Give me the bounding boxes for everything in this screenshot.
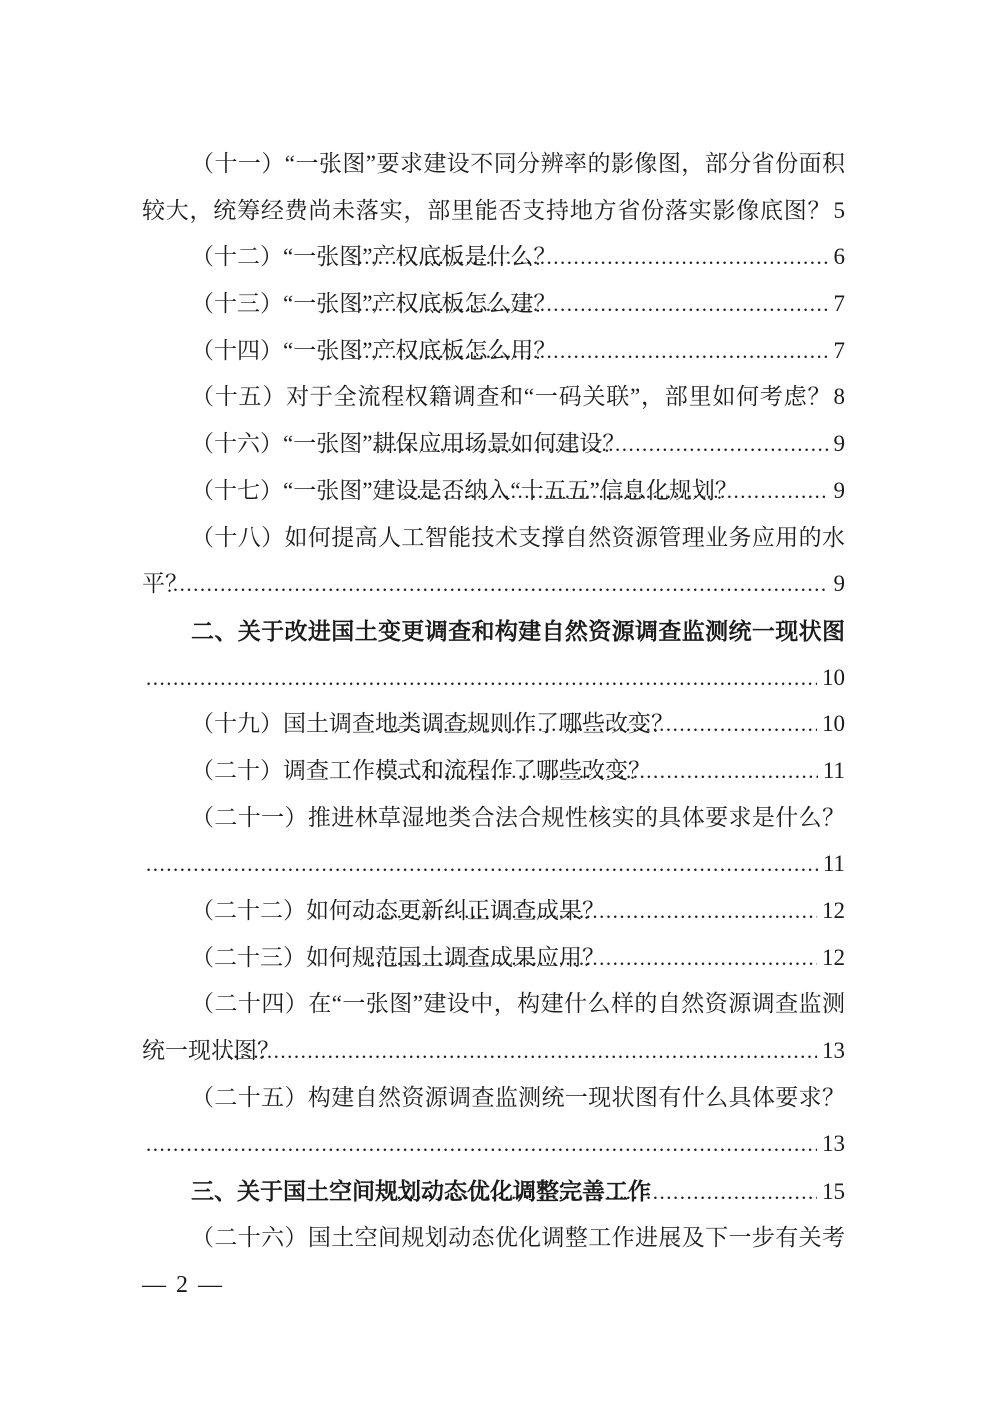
toc-line-text: 三、关于国土空间规划动态优化调整完善工作: [191, 1168, 372, 1215]
toc-page-number: 11: [820, 748, 845, 795]
toc-line: （十三）“一张图”产权底板怎么建？ 7: [142, 281, 845, 328]
dot-leader: [382, 701, 817, 748]
toc-line-text: （十九）国土调查地类调查规则作了哪些改变？: [191, 701, 378, 748]
toc-page-number: 12: [819, 935, 845, 982]
toc-line: （十六）“一张图”耕保应用场景如何建设？ 9: [142, 421, 845, 468]
toc-page-number: 9: [831, 421, 846, 468]
dot-leader: [220, 1028, 817, 1075]
toc-line: （二十五）构建自然资源调查监测统一现状图有什么具体要求？: [142, 1075, 845, 1122]
toc-line: （二十二）如何动态更新纠正调查成果？ 12: [142, 888, 845, 935]
page-number-footer: — 2 —: [142, 1272, 224, 1299]
toc-line-text: （二十二）如何动态更新纠正调查成果？: [191, 888, 359, 935]
dot-leader: [351, 281, 829, 328]
toc-line: （十四）“一张图”产权底板怎么用？ 7: [142, 328, 845, 375]
dot-leader: [376, 1169, 817, 1216]
toc-line-text: （十二）“一张图”产权底板是什么？: [191, 234, 347, 281]
toc-line: 平？ 9: [142, 561, 845, 608]
toc-line: （二十）调查工作模式和流程作了哪些改变？ 11: [142, 748, 845, 795]
toc-line: 统一现状图？ 13: [142, 1028, 845, 1075]
toc-line: （二十四）在“一张图”建设中，构建什么样的自然资源调查监测: [142, 981, 845, 1028]
toc-page-number: 7: [831, 328, 846, 375]
toc-line: 10: [142, 655, 845, 702]
toc-line-text: 二、关于改进国土变更调查和构建自然资源调查监测统一现状图: [191, 608, 845, 655]
toc-line: 三、关于国土空间规划动态优化调整完善工作 15: [142, 1168, 845, 1215]
table-of-contents: （十一）“一张图”要求建设不同分辨率的影像图，部分省份面积 较大，统筹经费尚未落…: [142, 141, 845, 1262]
toc-page-number: 8: [831, 374, 846, 421]
toc-page-number: 12: [819, 888, 845, 935]
toc-line-text: （二十四）在“一张图”建设中，构建什么样的自然资源调查监测: [191, 981, 845, 1028]
dot-leader: [376, 748, 818, 795]
toc-line: 11: [142, 841, 845, 888]
toc-line-text: （二十三）如何规范国土调查成果应用？: [191, 935, 359, 982]
toc-line-text: （十一）“一张图”要求建设不同分辨率的影像图，部分省份面积: [191, 141, 845, 188]
toc-line-text: （十三）“一张图”产权底板怎么建？: [191, 281, 347, 328]
toc-line-text: （十七）“一张图”建设是否纳入“十五五”信息化规划？: [191, 468, 399, 515]
dot-leader: [146, 1121, 817, 1168]
dot-leader: [146, 841, 818, 888]
page-number: — 2 —: [142, 1272, 224, 1298]
dot-leader: [372, 421, 829, 468]
toc-line: （二十一）推进林草湿地类合法合规性核实的具体要求是什么？: [142, 795, 845, 842]
toc-line-text: （十六）“一张图”耕保应用场景如何建设？: [191, 421, 368, 468]
dot-leader: [351, 234, 829, 281]
toc-line-text: （十五）对于全流程权籍调查和“一码关联”，部里如何考虑？: [191, 374, 831, 421]
toc-page-number: 11: [820, 841, 845, 888]
toc-line: （十五）对于全流程权籍调查和“一码关联”，部里如何考虑？ 8: [142, 374, 845, 421]
toc-line: 二、关于改进国土变更调查和构建自然资源调查监测统一现状图: [142, 608, 845, 655]
toc-line: （二十六）国土空间规划动态优化调整工作进展及下一步有关考: [142, 1215, 845, 1262]
toc-line: （十一）“一张图”要求建设不同分辨率的影像图，部分省份面积: [142, 141, 845, 188]
toc-line: （十九）国土调查地类调查规则作了哪些改变？ 10: [142, 701, 845, 748]
toc-line-text: 较大，统筹经费尚未落实，部里能否支持地方省份落实影像底图？: [142, 188, 831, 235]
toc-line: 较大，统筹经费尚未落实，部里能否支持地方省份落实影像底图？ 5: [142, 188, 845, 235]
toc-line: （二十三）如何规范国土调查成果应用？ 12: [142, 935, 845, 982]
dot-leader: [173, 561, 829, 608]
toc-page-number: 6: [831, 234, 846, 281]
toc-page-number: 10: [819, 655, 845, 702]
toc-line: （十二）“一张图”产权底板是什么？ 6: [142, 234, 845, 281]
toc-line-text: （十四）“一张图”产权底板怎么用？: [191, 328, 347, 375]
toc-page-number: 9: [831, 561, 846, 608]
toc-page-number: 13: [819, 1028, 845, 1075]
dot-leader: [403, 468, 829, 515]
dot-leader: [363, 935, 817, 982]
toc-page-number: 7: [831, 281, 846, 328]
toc-line-text: 统一现状图？: [142, 1028, 216, 1075]
toc-page-number: 15: [819, 1169, 845, 1216]
toc-page-number: 5: [831, 188, 846, 235]
toc-line-text: 平？: [142, 561, 169, 608]
toc-page-number: 9: [831, 468, 846, 515]
dot-leader: [363, 888, 817, 935]
toc-page-number: 13: [819, 1121, 845, 1168]
toc-line-text: （十八）如何提高人工智能技术支撑自然资源管理业务应用的水: [191, 515, 845, 562]
document-page: （十一）“一张图”要求建设不同分辨率的影像图，部分省份面积 较大，统筹经费尚未落…: [0, 0, 992, 1403]
toc-line: （十七）“一张图”建设是否纳入“十五五”信息化规划？ 9: [142, 468, 845, 515]
toc-line-text: （二十六）国土空间规划动态优化调整工作进展及下一步有关考: [191, 1215, 845, 1262]
dot-leader: [146, 655, 817, 702]
dot-leader: [351, 328, 829, 375]
toc-line: （十八）如何提高人工智能技术支撑自然资源管理业务应用的水: [142, 515, 845, 562]
toc-line-text: （二十五）构建自然资源调查监测统一现状图有什么具体要求？: [191, 1075, 845, 1122]
toc-line-text: （二十）调查工作模式和流程作了哪些改变？: [191, 748, 372, 795]
toc-line: 13: [142, 1121, 845, 1168]
toc-line-text: （二十一）推进林草湿地类合法合规性核实的具体要求是什么？: [191, 795, 845, 842]
toc-page-number: 10: [819, 701, 845, 748]
